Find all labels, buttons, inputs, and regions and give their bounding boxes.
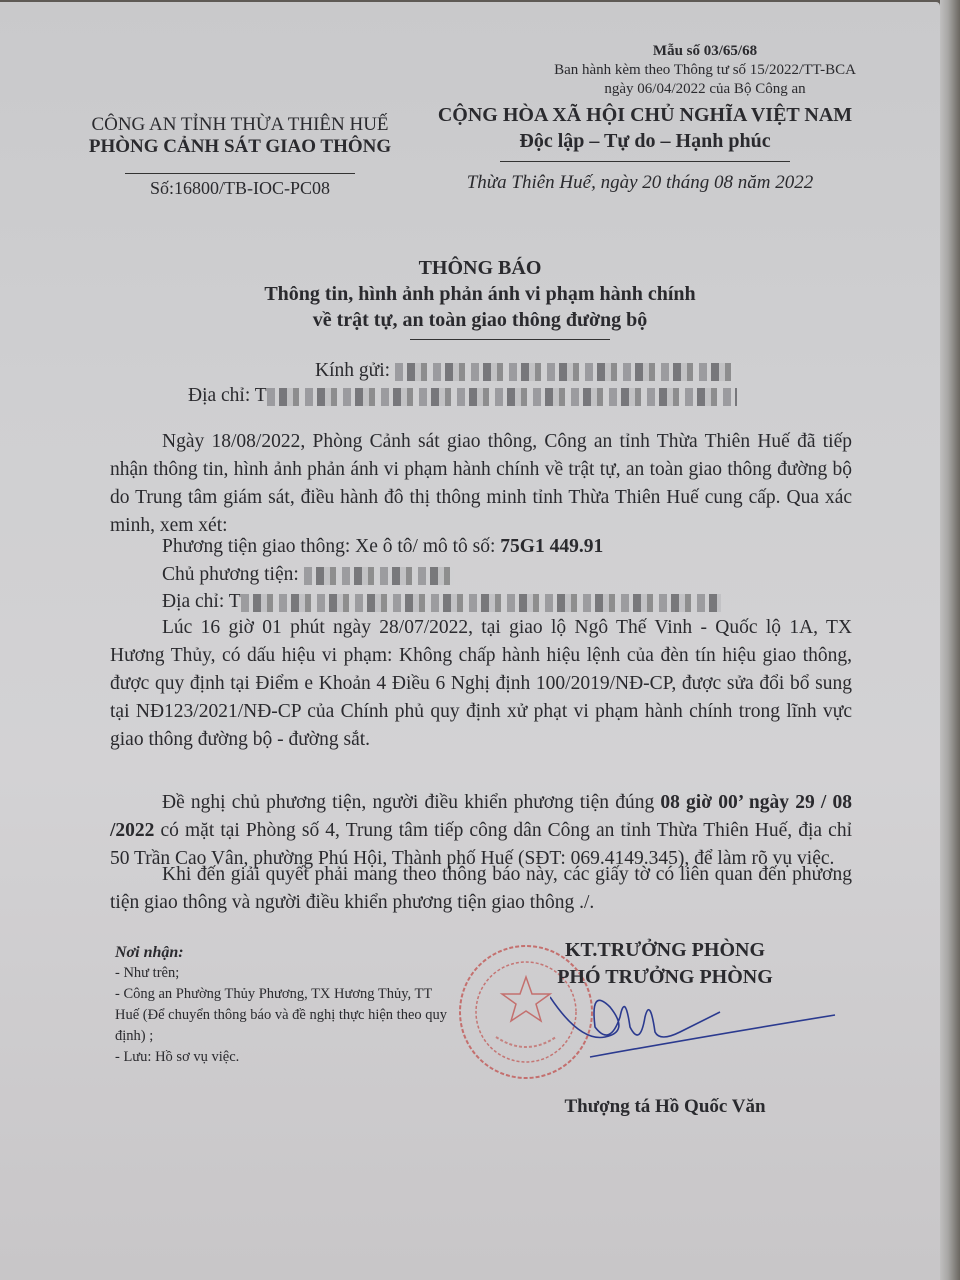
vehicle-plate: 75G1 449.91 <box>500 536 603 557</box>
country-name: CỘNG HÒA XÃ HỘI CHỦ NGHĨA VIỆT NAM <box>410 102 880 128</box>
agency-line1: CÔNG AN TỈNH THỪA THIÊN HUẾ <box>60 114 420 136</box>
redacted-owner-name <box>304 567 454 585</box>
title-sub1: Thông tin, hình ảnh phản ánh vi phạm hàn… <box>200 281 760 307</box>
page-edge <box>940 0 960 1280</box>
redacted-owner-address <box>241 594 721 612</box>
owner-address-label: Địa chỉ: T <box>162 591 241 612</box>
form-reference: Mẫu số 03/65/68 Ban hành kèm theo Thông … <box>540 42 870 99</box>
national-motto: Độc lập – Tự do – Hạnh phúc <box>410 128 880 154</box>
recipients-heading: Nơi nhận: <box>115 942 455 963</box>
vehicle-label: Phương tiện giao thông: Xe ô tô/ mô tô s… <box>162 536 500 557</box>
document-number: Số:16800/TB-IOC-PC08 <box>60 178 420 199</box>
agency-header: CÔNG AN TỈNH THỪA THIÊN HUẾ PHÒNG CẢNH S… <box>60 114 420 180</box>
agency-line2: PHÒNG CẢNH SÁT GIAO THÔNG <box>60 136 420 158</box>
addressee-address-line: Địa chỉ: T <box>188 382 737 410</box>
owner-label: Chủ phương tiện: <box>162 564 304 585</box>
agency-underline <box>125 173 355 174</box>
place-date: Thừa Thiên Huế, ngày 20 tháng 08 năm 202… <box>420 172 860 194</box>
recipient-item: - Như trên; <box>115 963 455 984</box>
vehicle-line: Phương tiện giao thông: Xe ô tô/ mô tô s… <box>162 533 603 561</box>
notice-title: THÔNG BÁO Thông tin, hình ảnh phản ánh v… <box>200 255 760 340</box>
title-underline <box>410 339 610 340</box>
form-issued-with: Ban hành kèm theo Thông tư số 15/2022/TT… <box>540 61 870 80</box>
p3-pre: Đề nghị chủ phương tiện, người điều khiể… <box>162 792 660 813</box>
redacted-addressee-address <box>267 388 737 406</box>
motto-underline <box>500 161 790 162</box>
signature-title1: KT.TRƯỞNG PHÒNG <box>500 937 830 964</box>
paragraph-4: Khi đến giải quyết phải mang theo thông … <box>110 861 852 917</box>
recipient-item: - Lưu: Hồ sơ vụ việc. <box>115 1047 455 1068</box>
recipients-block: Nơi nhận: - Như trên; - Công an Phường T… <box>115 942 455 1068</box>
national-header: CỘNG HÒA XÃ HỘI CHỦ NGHĨA VIỆT NAM Độc l… <box>410 102 880 162</box>
owner-address-line: Địa chỉ: T <box>162 588 721 616</box>
signature-block: KT.TRƯỞNG PHÒNG PHÓ TRƯỞNG PHÒNG <box>500 937 830 991</box>
kinh-gui-label: Kính gửi: <box>315 360 395 381</box>
signer-name: Thượng tá Hồ Quốc Văn <box>500 1096 830 1118</box>
paragraph-2: Lúc 16 giờ 01 phút ngày 28/07/2022, tại … <box>110 614 852 754</box>
addressee-line: Kính gửi: <box>315 357 735 385</box>
handwritten-signature-icon <box>550 987 850 1067</box>
form-number: Mẫu số 03/65/68 <box>540 42 870 61</box>
paragraph-1: Ngày 18/08/2022, Phòng Cảnh sát giao thô… <box>110 428 852 540</box>
dia-chi-label: Địa chỉ: T <box>188 385 267 406</box>
title-main: THÔNG BÁO <box>200 255 760 281</box>
recipient-item: - Công an Phường Thủy Phương, TX Hương T… <box>115 984 455 1047</box>
document-page: Mẫu số 03/65/68 Ban hành kèm theo Thông … <box>0 2 940 1280</box>
redacted-addressee-name <box>395 363 735 381</box>
owner-line: Chủ phương tiện: <box>162 561 454 589</box>
title-sub2: về trật tự, an toàn giao thông đường bộ <box>200 307 760 333</box>
form-issued-date: ngày 06/04/2022 của Bộ Công an <box>540 80 870 99</box>
